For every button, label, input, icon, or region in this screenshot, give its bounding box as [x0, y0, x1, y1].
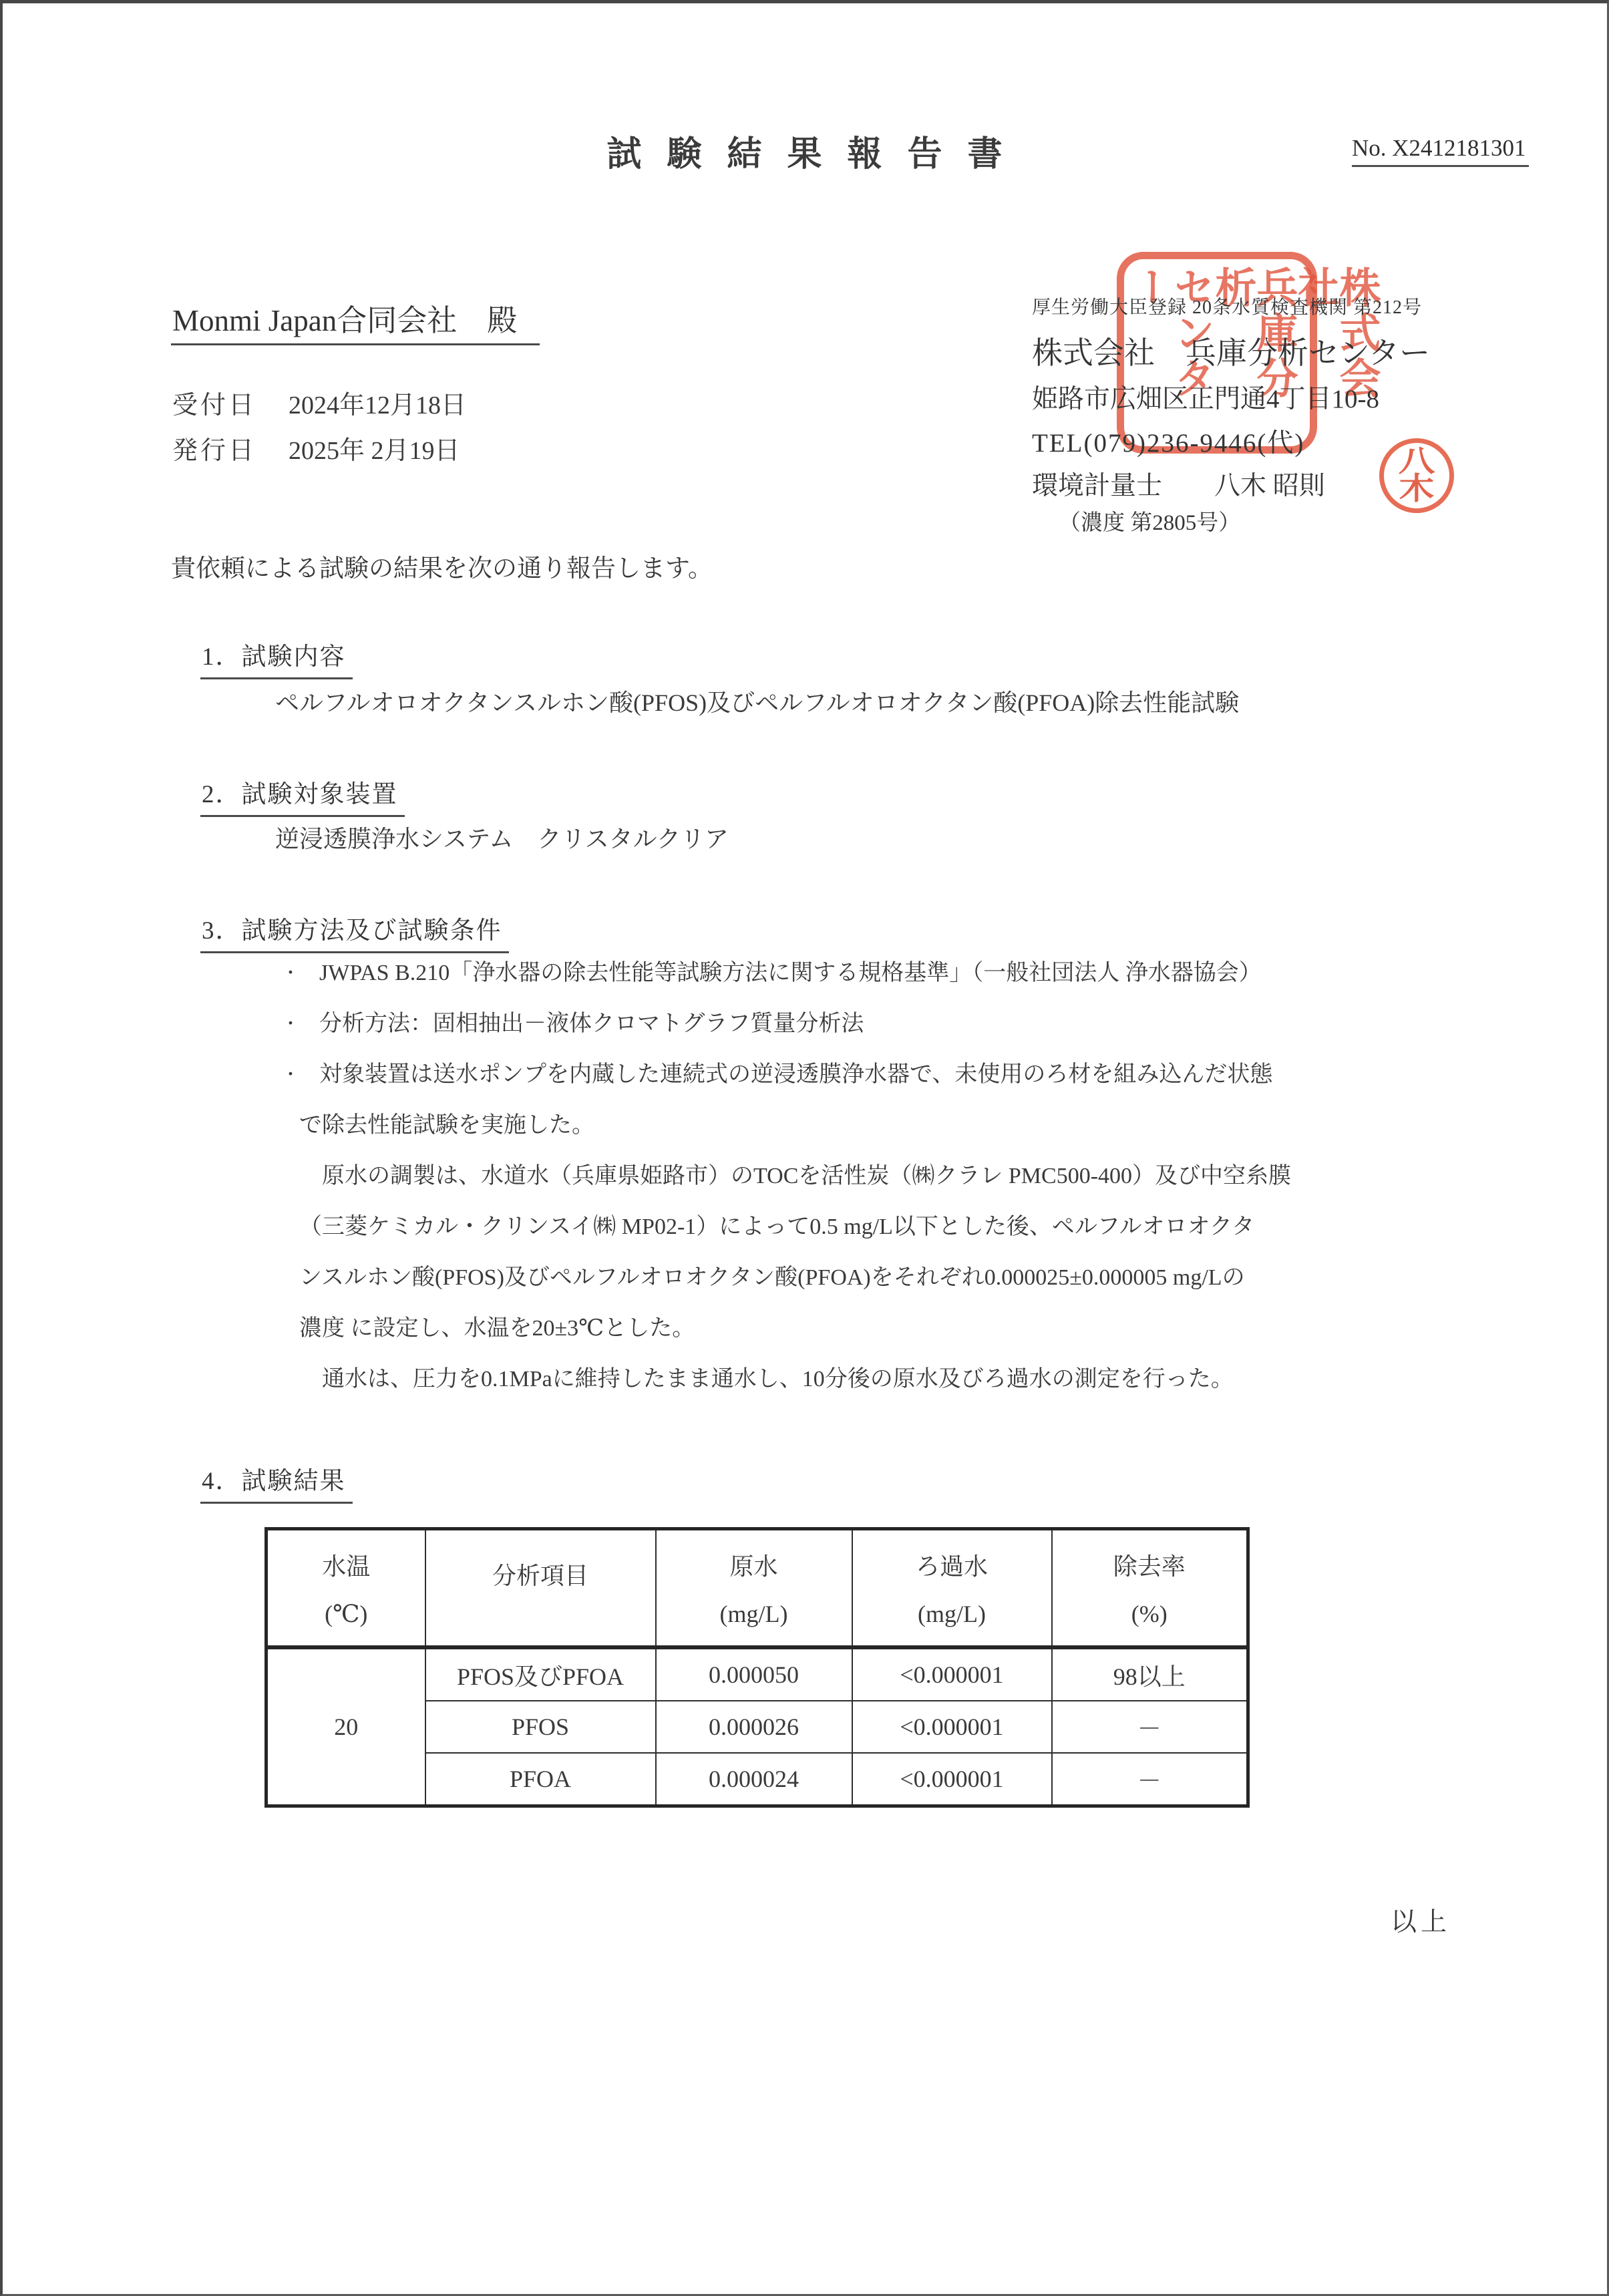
- header-removal-rate-unit: (%): [1053, 1600, 1247, 1628]
- flow-test-paragraph: 通水は、圧力を0.1MPaに維持したまま通水し、10分後の原水及びろ過水の測定を…: [282, 1360, 1291, 1411]
- row1-item: PFOS及びPFOA: [425, 1647, 656, 1701]
- round-seal-char-bottom: 木: [1399, 475, 1435, 503]
- bullet-dot-icon: ・: [282, 1055, 319, 1086]
- column-header-filtered-water: ろ過水 (mg/L): [852, 1529, 1052, 1648]
- method-bullet-1: ・ JWPAS B.210「浄水器の除去性能等試験方法に関する規格基準」（一般社…: [282, 954, 1291, 1005]
- issued-date-row: 発行日 2025年 2月19日: [172, 430, 460, 466]
- row2-filtered-value: <0.000001: [852, 1701, 1052, 1753]
- flow-test-paragraph-text: 通水は、圧力を0.1MPaに維持したまま通水し、10分後の原水及びろ過水の測定を…: [299, 1360, 1234, 1393]
- intro-sentence: 貴依頼による試験の結果を次の通り報告します。: [171, 548, 713, 584]
- raw-water-paragraph-line4: 濃度 に設定し、水温を20±3℃とした。: [282, 1309, 1291, 1360]
- method-bullet-2: ・ 分析方法：固相抽出－液体クロマトグラフ質量分析法: [282, 1005, 1291, 1055]
- header-filtered-water-unit: (mg/L): [853, 1600, 1051, 1628]
- row3-raw-value: 0.000024: [656, 1753, 852, 1806]
- column-header-water-temp: 水温 (℃): [266, 1529, 425, 1648]
- method-bullet-3-text-line2: で除去性能試験を実施した。: [299, 1106, 594, 1139]
- section3-method-conditions-block: ・ JWPAS B.210「浄水器の除去性能等試験方法に関する規格基準」（一般社…: [282, 954, 1291, 1411]
- column-header-removal-rate: 除去率 (%): [1052, 1529, 1248, 1648]
- method-bullet-3: ・ 対象装置は送水ポンプを内蔵した連続式の逆浸透膜浄水器で、未使用のろ材を組み込…: [282, 1055, 1291, 1106]
- header-filtered-water-line1: ろ過水: [853, 1548, 1051, 1582]
- raw-water-paragraph-line3-text: ンスルホン酸(PFOS)及びペルフルオロオクタン酸(PFOA)をそれぞれ0.00…: [299, 1259, 1245, 1291]
- row2-item: PFOS: [425, 1701, 656, 1753]
- row3-filtered-value: <0.000001: [852, 1753, 1052, 1806]
- raw-water-paragraph-line1: 原水の調製は、水道水（兵庫県姫路市）のTOCを活性炭（㈱クラレ PMC500-4…: [282, 1157, 1291, 1208]
- report-number: No. X2412181301: [1352, 135, 1529, 167]
- raw-water-paragraph-line4-text: 濃度 に設定し、水温を20±3℃とした。: [299, 1309, 695, 1342]
- row2-removal-value: －: [1052, 1701, 1248, 1753]
- received-date-label: 受付日: [172, 384, 256, 421]
- row1-removal-value: 98以上: [1052, 1647, 1248, 1701]
- header-analysis-item-line1: 分析項目: [426, 1557, 655, 1591]
- method-bullet-3-continuation: で除去性能試験を実施した。: [282, 1106, 1291, 1157]
- issuer-registration: 厚生労働大臣登録 20条水質検査機関 第212号: [1032, 293, 1422, 319]
- method-bullet-3-text-line1: 対象装置は送水ポンプを内蔵した連続式の逆浸透膜浄水器で、未使用のろ材を組み込んだ…: [319, 1055, 1272, 1088]
- header-removal-rate-line1: 除去率: [1053, 1548, 1247, 1582]
- raw-water-paragraph-line3: ンスルホン酸(PFOS)及びペルフルオロオクタン酸(PFOA)をそれぞれ0.00…: [282, 1259, 1291, 1309]
- personal-round-seal-stamp: 八 木: [1379, 438, 1454, 513]
- section4-heading: 4．試験結果: [200, 1460, 353, 1504]
- scanned-test-report-page: { "page": { "title": "試験結果報告書", "report_…: [0, 0, 1609, 2296]
- issued-date-label: 発行日: [172, 430, 256, 466]
- section1-heading: 1．試験内容: [200, 636, 353, 679]
- row2-raw-value: 0.000026: [656, 1701, 852, 1753]
- issuer-engineer-name: 環境計量士 八木 昭則: [1032, 465, 1325, 502]
- column-header-analysis-item: 分析項目: [425, 1529, 656, 1648]
- row3-removal-value: －: [1052, 1753, 1248, 1806]
- row1-raw-value: 0.000050: [656, 1647, 852, 1701]
- section2-heading: 2．試験対象装置: [200, 774, 405, 817]
- row3-item: PFOA: [425, 1753, 656, 1806]
- water-temp-value: 20: [266, 1647, 425, 1806]
- method-bullet-1-text: JWPAS B.210「浄水器の除去性能等試験方法に関する規格基準」（一般社団法…: [319, 954, 1262, 987]
- raw-water-paragraph-line1-text: 原水の調製は、水道水（兵庫県姫路市）のTOCを活性炭（㈱クラレ PMC500-4…: [299, 1157, 1291, 1190]
- header-raw-water-line1: 原水: [657, 1548, 852, 1582]
- issued-date-value: 2025年 2月19日: [289, 430, 460, 466]
- results-table-header: 水温 (℃) 分析項目 原水 (mg/L) ろ過水 (mg/L): [266, 1529, 1248, 1648]
- section1-body: ペルフルオロオクタンスルホン酸(PFOS)及びペルフルオロオクタン酸(PFOA)…: [275, 684, 1239, 718]
- row1-filtered-value: <0.000001: [852, 1647, 1052, 1701]
- header-water-temp-unit: (℃): [268, 1600, 425, 1628]
- header-raw-water-unit: (mg/L): [657, 1600, 852, 1628]
- header-water-temp-line1: 水温: [268, 1548, 425, 1582]
- section3-heading: 3．試験方法及び試験条件: [200, 910, 509, 953]
- issuer-phone: TEL(079)236-9446(代): [1032, 422, 1304, 460]
- round-seal-char-top: 八: [1399, 448, 1435, 475]
- table-row: 20 PFOS及びPFOA 0.000050 <0.000001 98以上: [266, 1647, 1248, 1701]
- column-header-raw-water: 原水 (mg/L): [656, 1529, 852, 1648]
- raw-water-paragraph-line2: （三菱ケミカル・クリンスイ㈱ MP02-1）によって0.5 mg/L以下とした後…: [282, 1208, 1291, 1259]
- issuer-engineer-license-number: （濃度 第2805号）: [1059, 505, 1240, 536]
- recipient-name: Monmi Japan合同会社 殿: [171, 296, 540, 345]
- received-date-row: 受付日 2024年12月18日: [172, 384, 466, 421]
- test-results-table: 水温 (℃) 分析項目 原水 (mg/L) ろ過水 (mg/L): [264, 1527, 1250, 1808]
- issuer-company-name: 株式会社 兵庫分析センター: [1032, 329, 1430, 373]
- bullet-dot-icon: ・: [282, 1005, 319, 1035]
- method-bullet-2-text: 分析方法：固相抽出－液体クロマトグラフ質量分析法: [319, 1005, 864, 1037]
- bullet-dot-icon: ・: [282, 954, 319, 984]
- section2-body: 逆浸透膜浄水システム クリスタルクリア: [275, 820, 729, 854]
- raw-water-paragraph-line2-text: （三菱ケミカル・クリンスイ㈱ MP02-1）によって0.5 mg/L以下とした後…: [299, 1208, 1254, 1241]
- issuer-address: 姫路市広畑区正門通4丁目10-8: [1032, 378, 1379, 416]
- received-date-value: 2024年12月18日: [289, 384, 466, 421]
- closing-mark: 以上: [1391, 1901, 1451, 1939]
